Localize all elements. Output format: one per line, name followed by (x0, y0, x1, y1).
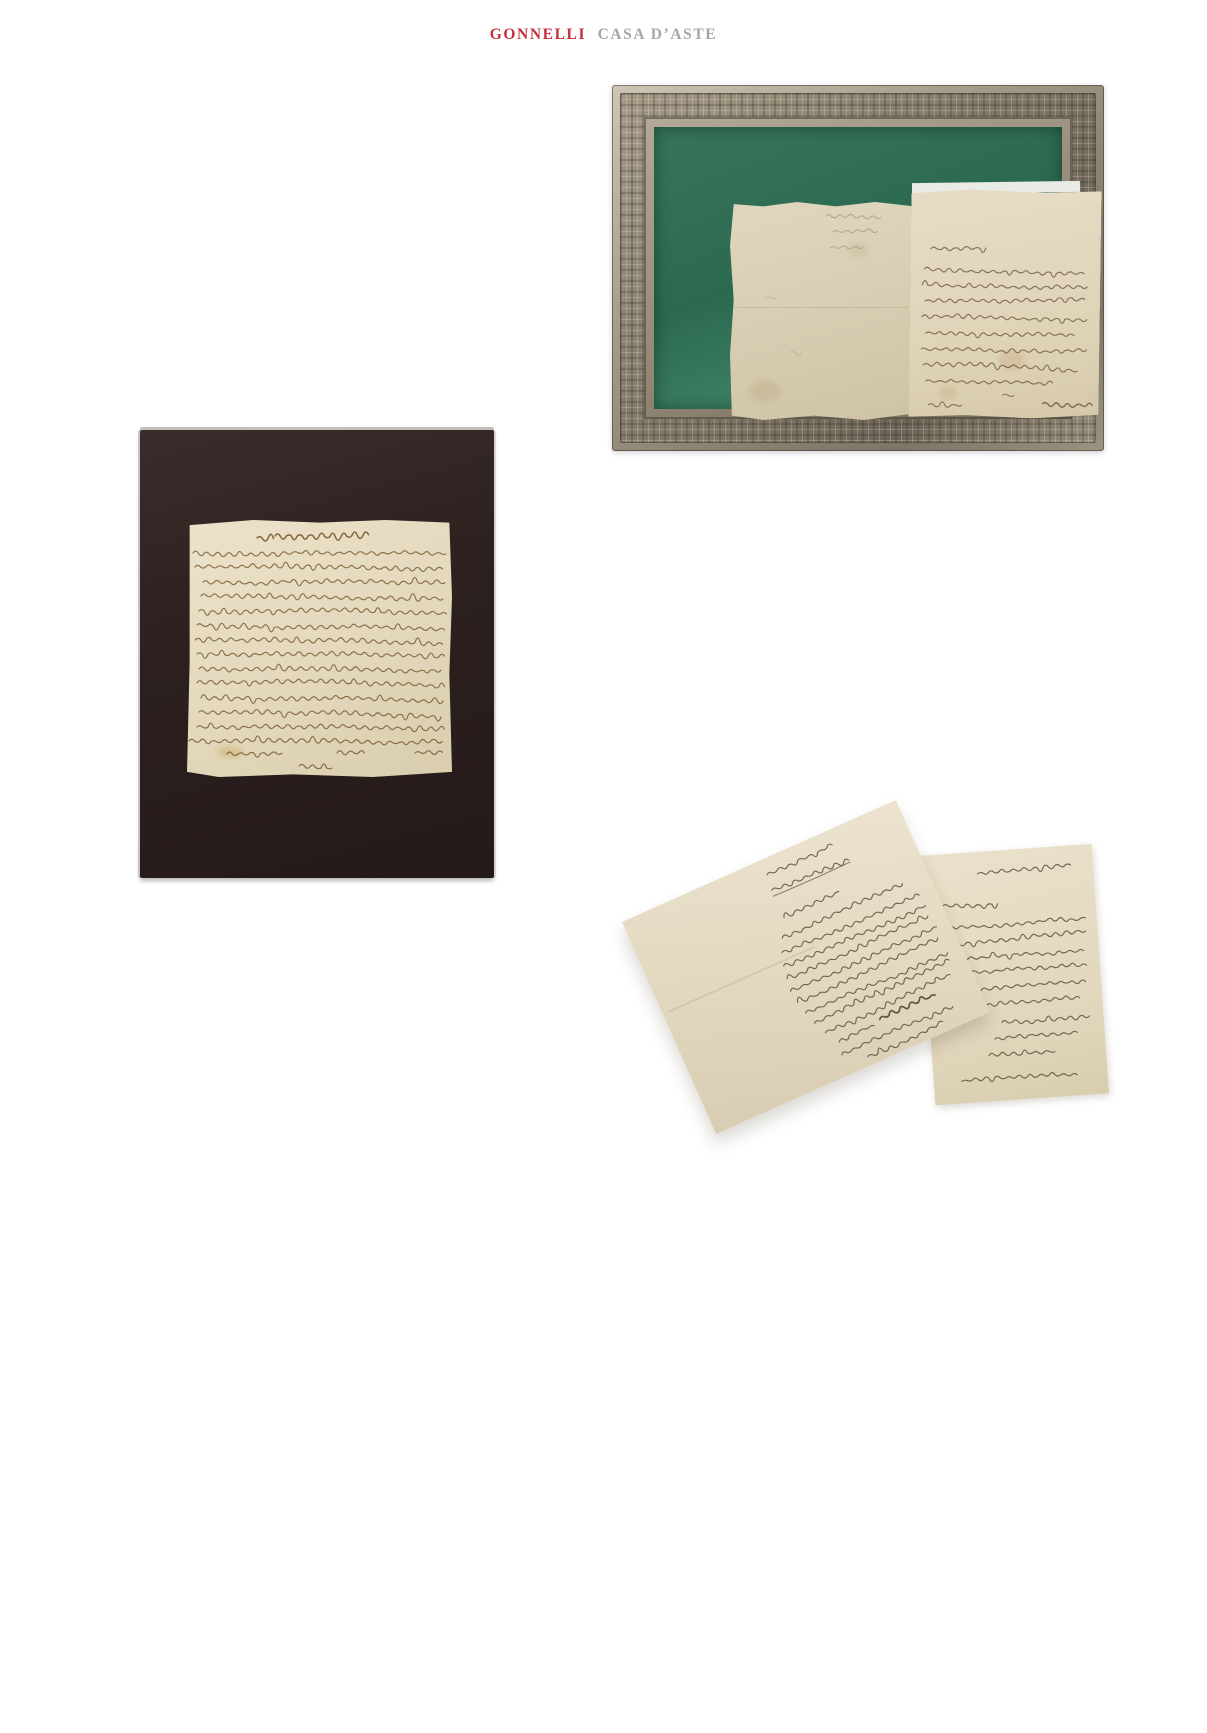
page-header: GONNELLI CASA D’ASTE (0, 26, 1207, 44)
calligraphy-handwriting (187, 520, 452, 777)
framed-blank-leaf (730, 202, 916, 420)
catalog-page: GONNELLI CASA D’ASTE (0, 0, 1207, 1733)
green-fabric-mat (654, 127, 1062, 409)
handwriting (908, 189, 1101, 420)
brand-name: GONNELLI (490, 26, 586, 43)
framed-letter-photo (612, 85, 1104, 451)
brand-suffix: CASA D’ASTE (598, 26, 718, 43)
two-letters-photo (615, 790, 1110, 1140)
framed-letter-leaf (908, 189, 1101, 420)
manuscript-in-dark-mat-photo (140, 430, 494, 878)
handwriting (730, 202, 916, 420)
manuscript-leaf (187, 520, 452, 777)
